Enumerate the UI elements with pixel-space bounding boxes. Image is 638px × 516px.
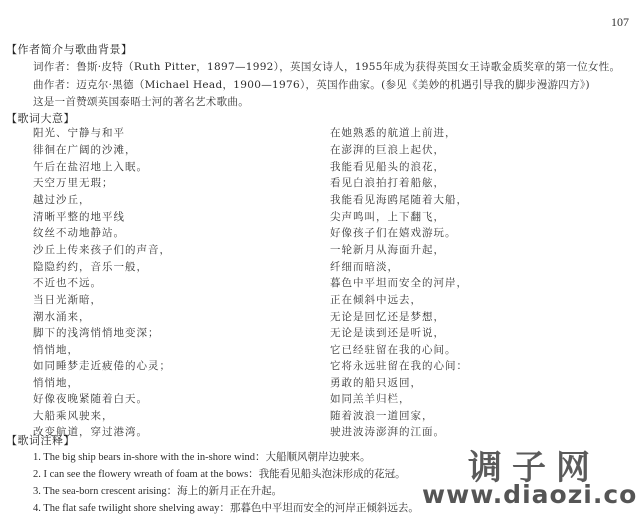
lyric-line: 不近也不远。 [33,275,102,290]
lyric-line: 纤细而暗淡， [330,259,399,274]
lyric-line: 随着波浪一道回家， [330,408,434,423]
note-english: 3. The sea-born crescent arising： [33,486,177,497]
lyric-line: 一轮新月从海面升起， [330,242,445,257]
lyricist-info: 词作者：鲁斯·皮特（Ruth Pitter，1897—1992），英国女诗人，1… [33,59,620,74]
note-item: 3. The sea-born crescent arising：海上的新月正在… [33,483,282,498]
lyric-line: 潮水涌来， [33,309,91,324]
lyric-line: 好像孩子们在嬉戏游玩。 [330,225,457,240]
lyric-line: 天空万里无瑕； [33,175,114,190]
note-english: 2. I can see the flowery wreath of foam … [33,469,259,480]
lyric-line: 如同睡梦走近疲倦的心灵； [33,358,171,373]
lyric-line: 当日光渐暗， [33,292,102,307]
lyric-line: 悄悄地， [33,375,79,390]
section-heading-notes: 【歌词注释】 [6,432,75,448]
lyric-line: 我能看见船头的浪花， [330,159,445,174]
note-chinese: 海上的新月正在升起。 [177,485,282,497]
lyric-line: 无论是读到还是听说， [330,325,445,340]
lyric-line: 勇敢的船只返回， [330,375,422,390]
watermark-url: www.diaozi.com [422,480,638,509]
lyric-line: 暮色中平坦而安全的河岸， [330,275,468,290]
lyric-line: 大船乘风驶来， [33,408,114,423]
composer-info: 曲作者：迈克尔·黑德（Michael Head，1900—1976），英国作曲家… [33,77,590,92]
section-heading-background: 【作者简介与歌曲背景】 [6,41,133,57]
note-item: 2. I can see the flowery wreath of foam … [33,466,406,481]
lyric-line: 它将永远驻留在我的心间： [330,358,468,373]
lyric-line: 沙丘上传来孩子们的声音， [33,242,171,257]
lyric-line: 阳光、宁静与和平 [33,125,125,140]
lyric-line: 悄悄地， [33,342,79,357]
note-english: 1. The big ship bears in-shore with the … [33,452,266,463]
note-item: 1. The big ship bears in-shore with the … [33,449,371,464]
lyric-line: 徘徊在广阔的沙滩， [33,142,137,157]
song-description: 这是一首赞颂英国泰晤士河的著名艺术歌曲。 [33,94,249,109]
lyric-line: 脚下的浅湾悄悄地变深； [33,325,160,340]
lyric-line: 午后在盐沼地上入眠。 [33,159,148,174]
lyric-line: 隐隐约约，音乐一般， [33,259,148,274]
note-english: 4. The flat safe twilight shore shelving… [33,503,230,514]
note-chinese: 大船顺风朝岸边驶来。 [266,451,371,463]
note-chinese: 我能看见船头泡沫形成的花冠。 [259,468,406,480]
page-number: 107 [611,15,629,30]
lyric-line: 尖声鸣叫，上下翻飞， [330,209,445,224]
lyric-line: 无论是回忆还是梦想， [330,309,445,324]
lyric-line: 我能看见海鸥尾随着大船， [330,192,468,207]
lyric-line: 好像夜晚紧随着白天。 [33,391,148,406]
lyric-line: 驶进波涛澎湃的江面。 [330,424,445,439]
lyric-line: 清晰平整的地平线 [33,209,125,224]
lyric-line: 在澎湃的巨浪上起伏， [330,142,445,157]
lyric-line: 如同羔羊归栏， [330,391,411,406]
lyric-line: 它已经驻留在我的心间。 [330,342,457,357]
section-heading-meaning: 【歌词大意】 [6,110,75,126]
lyric-line: 正在倾斜中远去， [330,292,422,307]
note-chinese: 那暮色中平坦而安全的河岸正倾斜远去。 [230,502,419,514]
lyric-line: 在她熟悉的航道上前进， [330,125,457,140]
lyric-line: 越过沙丘， [33,192,91,207]
note-item: 4. The flat safe twilight shore shelving… [33,500,419,515]
lyric-line: 看见白浪拍打着船舷， [330,175,445,190]
lyric-line: 纹丝不动地静站。 [33,225,125,240]
